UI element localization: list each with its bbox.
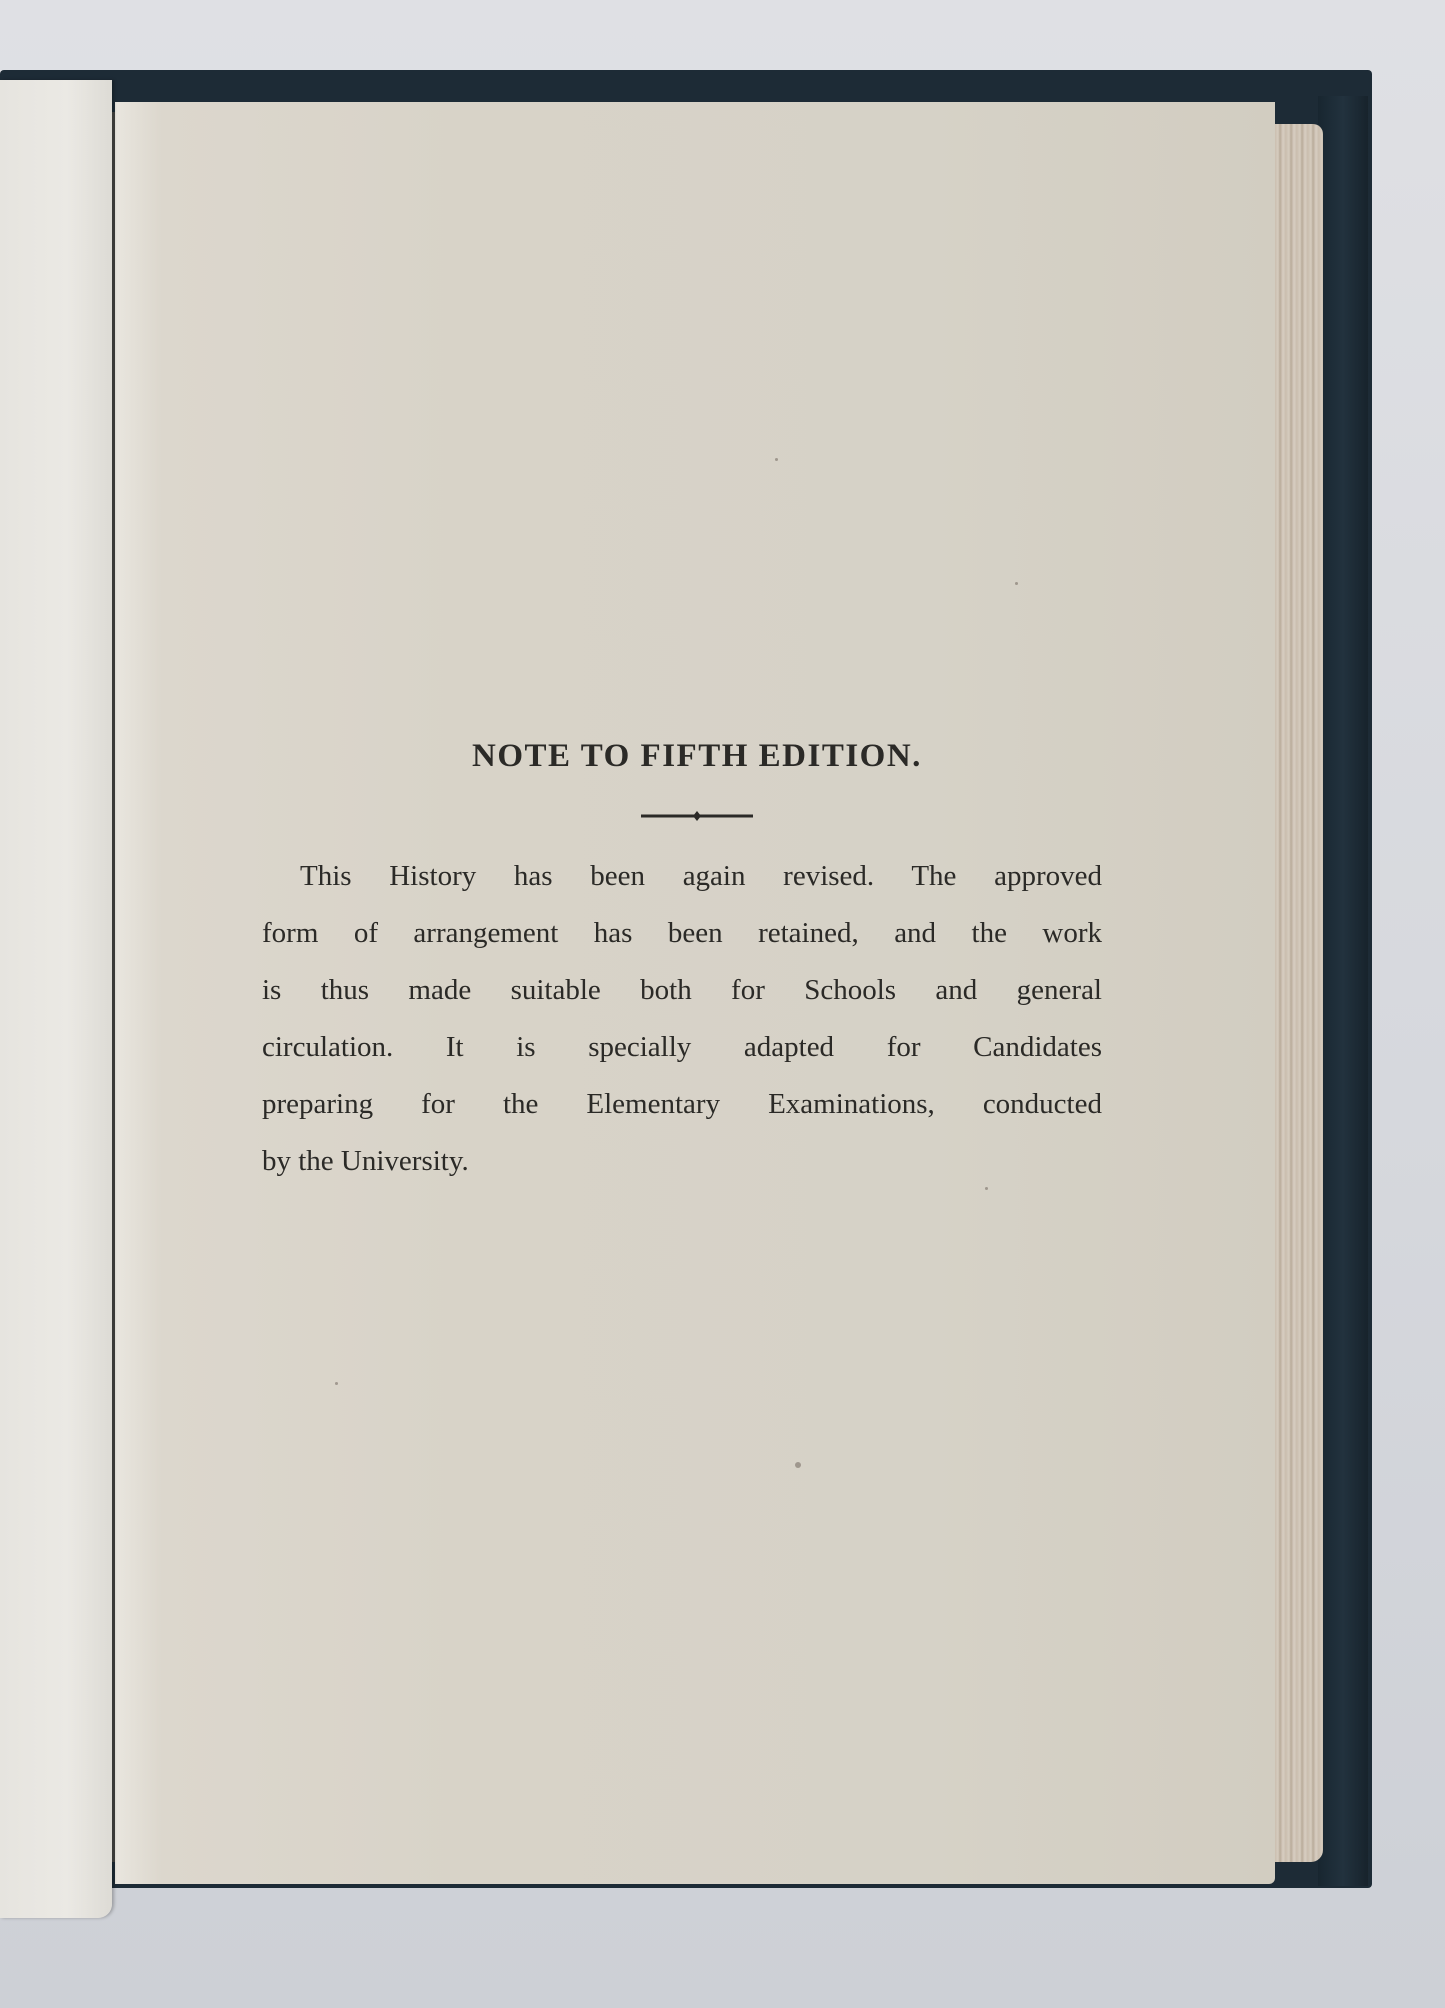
book-cover-edge [1318, 96, 1368, 1886]
paragraph-line: circulation. It is specially adapted for… [262, 1019, 1102, 1076]
paragraph-line: form of arrangement has been retained, a… [262, 905, 1102, 962]
rule-ornament-icon [641, 810, 753, 822]
paper-speck [1015, 582, 1018, 585]
paper-speck [335, 1382, 338, 1385]
paper-speck [775, 458, 778, 461]
paragraph-line: This History has been again revised. The… [262, 848, 1102, 905]
paragraph-line: by the University. [262, 1133, 1102, 1190]
page-heading: NOTE TO FIFTH EDITION. [292, 736, 1102, 776]
paragraph-line: is thus made suitable both for Schools a… [262, 962, 1102, 1019]
left-page [0, 80, 112, 1918]
paragraph-line: preparing for the Elementary Examination… [262, 1076, 1102, 1133]
paper-speck [795, 1462, 801, 1468]
page-edges-stack [1275, 124, 1323, 1862]
book-gutter [112, 112, 115, 1862]
page-content: NOTE TO FIFTH EDITION. This History has … [262, 736, 1102, 1190]
note-paragraph: This History has been again revised. The… [262, 848, 1102, 1190]
